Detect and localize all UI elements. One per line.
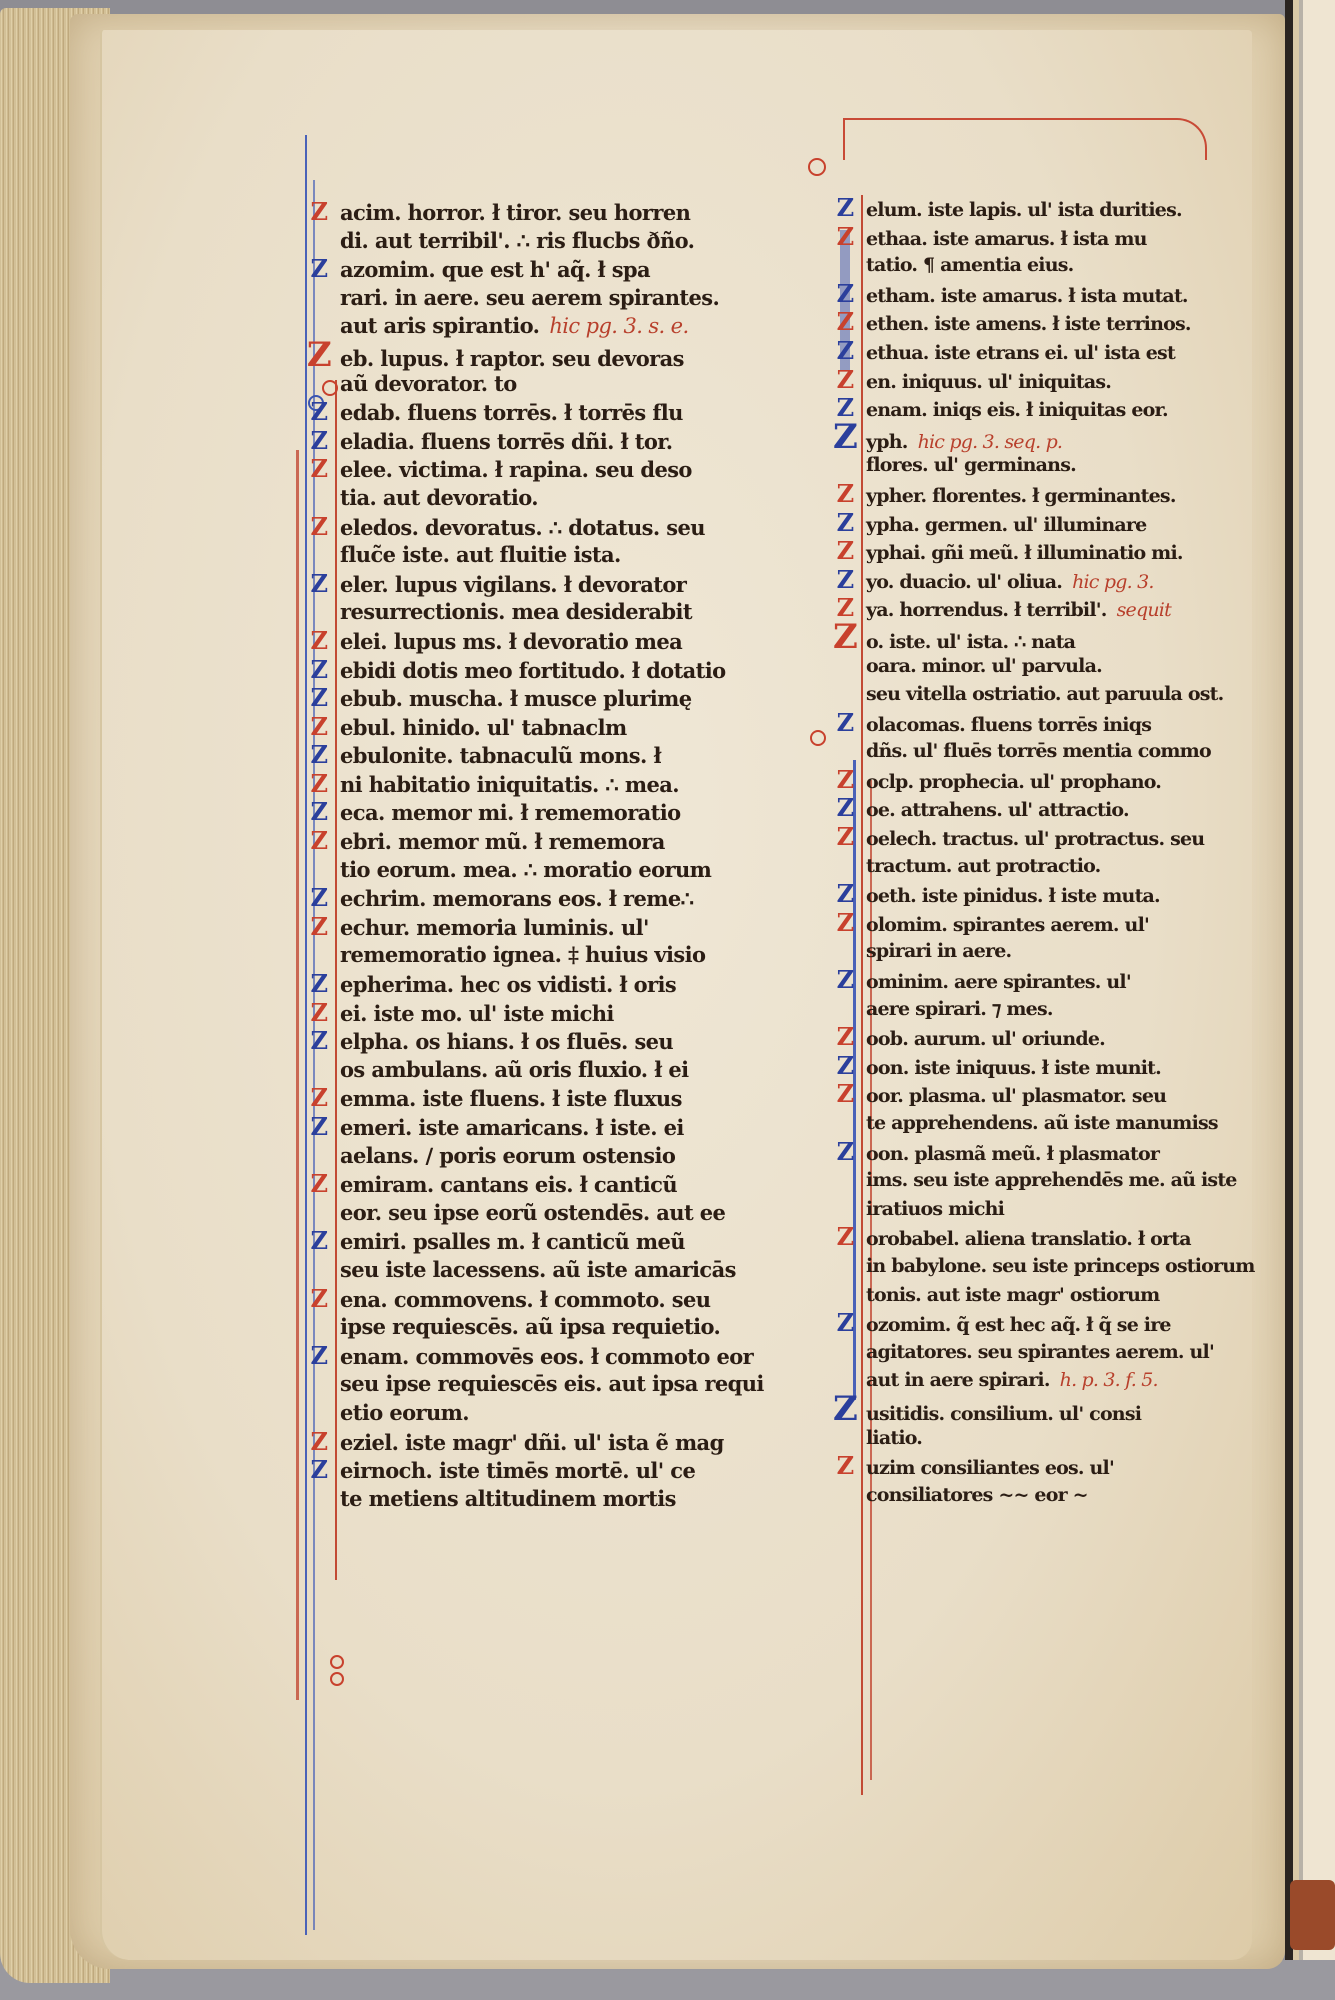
line-text: orobabel. aliena translatio. ł orta [866, 1228, 1191, 1250]
initial-letter: Z [832, 280, 858, 309]
line-text: oeth. iste pinidus. ł iste muta. [866, 885, 1160, 907]
initial-letter: Z [832, 823, 858, 852]
text-line: tatio. ¶ amentia eius. [866, 251, 1236, 280]
line-text: spirari in aere. [866, 940, 1011, 962]
initial-letter: Z [306, 255, 332, 284]
initial-letter: Z [306, 427, 332, 456]
text-line: consiliatores ~~ eor ~ [866, 1481, 1236, 1510]
text-line: Zoon. iste iniquus. ł iste munit. [866, 1052, 1236, 1081]
text-line: Zominim. aere spirantes. ul' [866, 966, 1236, 995]
decorated-initial: Z [306, 341, 332, 370]
text-line: Zen. iniquus. ul' iniquitas. [866, 366, 1236, 395]
line-text: eirnoch. iste timēs mortē. ul' ce [340, 1458, 695, 1483]
initial-letter: Z [306, 1027, 332, 1056]
initial-letter: Z [306, 1456, 332, 1485]
line-text: oclp. prophecia. ul' prophano. [866, 771, 1161, 793]
initial-letter: Z [306, 684, 332, 713]
binding-strap [1290, 1880, 1335, 1950]
line-text: tonis. aut iste magr' ostiorum [866, 1284, 1159, 1306]
line-text: tia. aut devoratio. [340, 485, 538, 510]
line-text: iratiuos michi [866, 1198, 1004, 1220]
text-line: liatio. [866, 1424, 1236, 1453]
initial-letter: Z [832, 1052, 858, 1081]
text-line: Zolomim. spirantes aerem. ul' [866, 909, 1236, 938]
text-line: Zeirnoch. iste timēs mortē. ul' ce [340, 1456, 810, 1485]
line-text: emeri. iste amaricans. ł iste. ei [340, 1115, 684, 1140]
text-line: spirari in aere. [866, 937, 1236, 966]
line-text: seu vitella ostriatio. aut paruula ost. [866, 683, 1223, 705]
text-line: iratiuos michi [866, 1195, 1236, 1224]
line-text: resurrectionis. mea desiderabit [340, 599, 692, 624]
line-text: echrim. memorans eos. ł reme∴ [340, 886, 693, 911]
text-line: etio eorum. [340, 1399, 810, 1428]
initial-letter: Z [306, 656, 332, 685]
initial-letter: Z [306, 513, 332, 542]
text-line: Zethua. iste etrans ei. ul' ista est [866, 337, 1236, 366]
line-text: oon. plasmã meũ. ł plasmator [866, 1143, 1159, 1165]
text-line: rari. in aere. seu aerem spirantes. [340, 284, 810, 313]
text-line: Zenam. iniqs eis. ł iniquitas eor. [866, 394, 1236, 423]
line-text: olomim. spirantes aerem. ul' [866, 914, 1149, 936]
line-text: elee. victima. ł rapina. seu deso [340, 457, 692, 482]
line-text: tatio. ¶ amentia eius. [866, 254, 1073, 276]
penwork-circle-flourish [810, 730, 826, 746]
text-line: seu ipse requiescēs eis. aut ipsa requi [340, 1370, 810, 1399]
line-text: oelech. tractus. ul' protractus. seu [866, 828, 1204, 850]
initial-letter: Z [832, 480, 858, 509]
line-text: di. aut terribil'. ∴ ris flucbs ðño. [340, 228, 694, 253]
text-line: eor. seu ipse eorũ ostendēs. aut ee [340, 1199, 810, 1228]
line-text: ozomim. q̃ est hec aq̃. ł q̃ se ire [866, 1314, 1171, 1336]
text-line: aut in aere spirari.h. p. 3. f. 5. [866, 1366, 1236, 1395]
initial-letter: Z [306, 1084, 332, 1113]
text-line: Zoe. attrahens. ul' attractio. [866, 794, 1236, 823]
line-text: elei. lupus ms. ł devoratio mea [340, 629, 682, 654]
line-text: eladia. fluens torrēs dñi. ł tor. [340, 429, 673, 454]
line-text: ipse requiescēs. aũ ipsa requietio. [340, 1314, 720, 1339]
initial-letter: Z [832, 223, 858, 252]
initial-letter: Z [306, 398, 332, 427]
text-line: seu vitella ostriatio. aut paruula ost. [866, 680, 1236, 709]
line-text: eca. memor mi. ł rememoratio [340, 800, 681, 825]
line-text: agitatores. seu spirantes aerem. ul' [866, 1341, 1214, 1363]
line-text: ebri. memor mũ. ł rememora [340, 829, 665, 854]
rubric-note: h. p. 3. f. 5. [1060, 1369, 1158, 1391]
initial-letter: Z [306, 1227, 332, 1256]
line-text: ya. horrendus. ł terribil'. [866, 599, 1107, 621]
line-text: yphai. gñi meũ. ł illuminatio mi. [866, 542, 1183, 564]
penwork-circle-flourish [808, 158, 826, 176]
line-text: etio eorum. [340, 1400, 469, 1425]
decorated-initial: Z [832, 623, 858, 652]
text-line: Zebri. memor mũ. ł rememora [340, 827, 810, 856]
text-line: tia. aut devoratio. [340, 484, 810, 513]
text-line: rememoratio ignea. ‡ huius visio [340, 941, 810, 970]
text-line: Zedab. fluens torrēs. ł torrēs flu [340, 398, 810, 427]
text-line: Zeladia. fluens torrēs dñi. ł tor. [340, 427, 810, 456]
initial-letter: Z [832, 1309, 858, 1338]
line-text: oara. minor. ul' parvula. [866, 655, 1102, 677]
line-text: oon. iste iniquus. ł iste munit. [866, 1057, 1161, 1079]
text-line: Zypher. florentes. ł germinantes. [866, 480, 1236, 509]
rubric-note: hic pg. 3. seq. p. [918, 431, 1063, 453]
line-text: tio eorum. mea. ∴ moratio eorum [340, 857, 711, 882]
text-line: Zusitidis. consilium. ul' consi [866, 1395, 1236, 1424]
text-line: Zepherima. hec os vidisti. ł oris [340, 970, 810, 999]
line-text: aut in aere spirari. [866, 1369, 1050, 1391]
line-text: ebulonite. tabnaculũ mons. ł [340, 743, 661, 768]
text-line: Zebidi dotis meo fortitudo. ł dotatio [340, 656, 810, 685]
initial-letter: Z [832, 1138, 858, 1167]
text-line: Zuzim consiliantes eos. ul' [866, 1452, 1236, 1481]
initial-letter: Z [832, 966, 858, 995]
initial-letter: Z [832, 1452, 858, 1481]
text-line: Zeler. lupus vigilans. ł devorator [340, 570, 810, 599]
text-line: resurrectionis. mea desiderabit [340, 598, 810, 627]
initial-letter: Z [832, 308, 858, 337]
text-line: Zemiri. psalles m. ł canticũ meũ [340, 1227, 810, 1256]
line-text: eor. seu ipse eorũ ostendēs. aut ee [340, 1200, 725, 1225]
line-text: aũ devorator. to [340, 371, 517, 396]
initial-letter: Z [832, 566, 858, 595]
line-text: azomim. que est h' aq̃. ł spa [340, 257, 650, 282]
line-text: enam. iniqs eis. ł iniquitas eor. [866, 399, 1168, 421]
red-flourish-bracket [843, 118, 1207, 160]
line-text: yo. duacio. ul' oliua. [866, 571, 1062, 593]
text-line: di. aut terribil'. ∴ ris flucbs ðño. [340, 227, 810, 256]
text-line: Zyph.hic pg. 3. seq. p. [866, 423, 1236, 452]
rubric-note: hic pg. 3. [1072, 571, 1154, 593]
line-text: oob. aurum. ul' oriunde. [866, 1028, 1105, 1050]
text-line: Zei. iste mo. ul' iste michi [340, 999, 810, 1028]
text-line: Zebul. hinido. ul' tabnaclm [340, 713, 810, 742]
initial-letter: Z [306, 1285, 332, 1314]
text-line: tractum. aut protractio. [866, 852, 1236, 881]
text-line: Zazomim. que est h' aq̃. ł spa [340, 255, 810, 284]
initial-letter: Z [306, 1428, 332, 1457]
text-line: Zebub. muscha. ł musce plurimę [340, 684, 810, 713]
line-text: etham. iste amarus. ł ista mutat. [866, 285, 1188, 307]
text-line: flores. ul' germinans. [866, 451, 1236, 480]
text-line: Zypha. germen. ul' illuminare [866, 509, 1236, 538]
red-penwork-rule [335, 380, 337, 1580]
initial-letter: Z [832, 909, 858, 938]
right-text-column: Zelum. iste lapis. ul' ista durities.Zet… [866, 194, 1236, 1509]
text-line: Zoclp. prophecia. ul' prophano. [866, 766, 1236, 795]
text-line: agitatores. seu spirantes aerem. ul' [866, 1338, 1236, 1367]
text-line: Zacim. horror. ł tiror. seu horren [340, 198, 810, 227]
line-text: epherima. hec os vidisti. ł oris [340, 972, 676, 997]
text-line: Zethen. iste amens. ł iste terrinos. [866, 308, 1236, 337]
initial-letter: Z [306, 770, 332, 799]
text-line: ims. seu iste apprehendēs me. aũ iste [866, 1166, 1236, 1195]
text-line: te metiens altitudinem mortis [340, 1485, 810, 1514]
initial-letter: Z [832, 537, 858, 566]
line-text: acim. horror. ł tiror. seu horren [340, 200, 690, 225]
penwork-circle-flourish [330, 1655, 344, 1669]
line-text: aelans. ∕ poris eorum ostensio [340, 1143, 675, 1168]
line-text: eler. lupus vigilans. ł devorator [340, 572, 686, 597]
text-line: Zo. iste. ul' ista. ∴ nata [866, 623, 1236, 652]
text-line: Zelpha. os hians. ł os fluēs. seu [340, 1027, 810, 1056]
line-text: ethen. iste amens. ł iste terrinos. [866, 313, 1191, 335]
line-text: in babylone. seu iste princeps ostiorum [866, 1255, 1255, 1277]
penwork-circle-flourish [330, 1672, 344, 1686]
red-penwork-rule [296, 450, 299, 1700]
line-text: ebidi dotis meo fortitudo. ł dotatio [340, 658, 726, 683]
line-text: en. iniquus. ul' iniquitas. [866, 371, 1111, 393]
line-text: edab. fluens torrēs. ł torrēs flu [340, 400, 683, 425]
text-line: Zemeri. iste amaricans. ł iste. ei [340, 1113, 810, 1142]
text-line: Zeca. memor mi. ł rememoratio [340, 798, 810, 827]
text-line: Zoob. aurum. ul' oriunde. [866, 1023, 1236, 1052]
text-line: Zoon. plasmã meũ. ł plasmator [866, 1138, 1236, 1167]
line-text: eb. lupus. ł raptor. seu devoras [340, 346, 684, 371]
initial-letter: Z [306, 1113, 332, 1142]
text-line: Zeziel. iste magr' dñi. ul' ista ẽ mag [340, 1428, 810, 1457]
text-line: Zni habitatio iniquitatis. ∴ mea. [340, 770, 810, 799]
text-line: Zethaa. iste amarus. ł ista mu [866, 223, 1236, 252]
text-line: Zolacomas. fluens torrēs iniqs [866, 709, 1236, 738]
line-text: ebul. hinido. ul' tabnaclm [340, 715, 627, 740]
initial-letter: Z [832, 709, 858, 738]
text-line: Zenam. commovēs eos. ł commoto eor [340, 1342, 810, 1371]
initial-letter: Z [306, 627, 332, 656]
text-line: in babylone. seu iste princeps ostiorum [866, 1252, 1236, 1281]
text-line: oara. minor. ul' parvula. [866, 652, 1236, 681]
penwork-circle-flourish [322, 380, 338, 396]
facing-leaf-edge [1285, 0, 1335, 1960]
initial-letter: Z [306, 198, 332, 227]
initial-letter: Z [306, 999, 332, 1028]
text-line: Zena. commovens. ł commoto. seu [340, 1285, 810, 1314]
line-text: ypha. germen. ul' illuminare [866, 514, 1146, 536]
initial-letter: Z [832, 509, 858, 538]
initial-letter: Z [306, 455, 332, 484]
line-text: oe. attrahens. ul' attractio. [866, 799, 1129, 821]
line-text: yph. [866, 431, 908, 453]
initial-letter: Z [306, 713, 332, 742]
line-text: flores. ul' germinans. [866, 454, 1076, 476]
left-text-column: Zacim. horror. ł tiror. seu horrendi. au… [340, 198, 810, 1513]
line-text: liatio. [866, 1427, 922, 1449]
text-line: Zemma. iste fluens. ł iste fluxus [340, 1084, 810, 1113]
text-line: tio eorum. mea. ∴ moratio eorum [340, 856, 810, 885]
text-line: Zoelech. tractus. ul' protractus. seu [866, 823, 1236, 852]
text-line: Zemiram. cantans eis. ł canticũ [340, 1170, 810, 1199]
line-text: consiliatores ~~ eor ~ [866, 1484, 1088, 1506]
decorated-initial: Z [832, 423, 858, 452]
text-line: Zeledos. devoratus. ∴ dotatus. seu [340, 513, 810, 542]
text-line: Zechrim. memorans eos. ł reme∴ [340, 884, 810, 913]
line-text: echur. memoria luminis. ul' [340, 915, 649, 940]
text-line: Zoeth. iste pinidus. ł iste muta. [866, 880, 1236, 909]
text-line: dñs. ul' fluēs torrēs mentia commo [866, 737, 1236, 766]
text-line: Zyo. duacio. ul' oliua.hic pg. 3. [866, 566, 1236, 595]
line-text: tractum. aut protractio. [866, 855, 1101, 877]
line-text: ethaa. iste amarus. ł ista mu [866, 228, 1147, 250]
line-text: uzim consiliantes eos. ul' [866, 1457, 1114, 1479]
initial-letter: Z [306, 798, 332, 827]
text-line: seu iste lacessens. aũ iste amaricās [340, 1256, 810, 1285]
line-text: fluc̃e iste. aut fluitie ista. [340, 542, 621, 567]
line-text: o. iste. ul' ista. ∴ nata [866, 631, 1075, 653]
text-line: Zelei. lupus ms. ł devoratio mea [340, 627, 810, 656]
line-text: oor. plasma. ul' plasmator. seu [866, 1085, 1166, 1107]
line-text: usitidis. consilium. ul' consi [866, 1403, 1141, 1425]
initial-letter: Z [306, 1170, 332, 1199]
line-text: emiram. cantans eis. ł canticũ [340, 1172, 677, 1197]
line-text: ominim. aere spirantes. ul' [866, 971, 1131, 993]
text-line: aut aris spirantio.hic pg. 3. s. e. [340, 312, 810, 341]
initial-letter: Z [306, 913, 332, 942]
text-line: Zechur. memoria luminis. ul' [340, 913, 810, 942]
line-text: emiri. psalles m. ł canticũ meũ [340, 1229, 685, 1254]
text-line: Zebulonite. tabnaculũ mons. ł [340, 741, 810, 770]
text-line: aũ devorator. to [340, 370, 810, 399]
initial-letter: Z [306, 970, 332, 999]
initial-letter: Z [306, 570, 332, 599]
initial-letter: Z [832, 1223, 858, 1252]
initial-letter: Z [306, 741, 332, 770]
line-text: elpha. os hians. ł os fluēs. seu [340, 1029, 673, 1054]
text-line: aere spirari. ⁊ mes. [866, 995, 1236, 1024]
line-text: eziel. iste magr' dñi. ul' ista ẽ mag [340, 1430, 724, 1455]
text-line: Zeb. lupus. ł raptor. seu devoras [340, 341, 810, 370]
line-text: elum. iste lapis. ul' ista durities. [866, 199, 1182, 221]
initial-letter: Z [832, 766, 858, 795]
text-line: Zelum. iste lapis. ul' ista durities. [866, 194, 1236, 223]
initial-letter: Z [306, 1342, 332, 1371]
line-text: aut aris spirantio. [340, 313, 539, 338]
initial-letter: Z [832, 794, 858, 823]
line-text: os ambulans. aũ oris fluxio. ł ei [340, 1057, 689, 1082]
initial-letter: Z [832, 1023, 858, 1052]
rubric-note: sequit [1117, 599, 1171, 621]
text-line: Zoor. plasma. ul' plasmator. seu [866, 1080, 1236, 1109]
text-line: Zya. horrendus. ł terribil'.sequit [866, 594, 1236, 623]
line-text: ni habitatio iniquitatis. ∴ mea. [340, 772, 679, 797]
initial-letter: Z [832, 1080, 858, 1109]
decorated-initial: Z [832, 1395, 858, 1424]
line-text: eledos. devoratus. ∴ dotatus. seu [340, 515, 705, 540]
line-text: te apprehendens. aũ iste manumiss [866, 1112, 1218, 1134]
initial-letter: Z [832, 366, 858, 395]
line-text: emma. iste fluens. ł iste fluxus [340, 1086, 682, 1111]
line-text: ena. commovens. ł commoto. seu [340, 1287, 710, 1312]
initial-letter: Z [306, 827, 332, 856]
line-text: rememoratio ignea. ‡ huius visio [340, 942, 705, 967]
initial-letter: Z [832, 194, 858, 223]
line-text: aere spirari. ⁊ mes. [866, 998, 1053, 1020]
line-text: seu iste lacessens. aũ iste amaricās [340, 1257, 736, 1282]
text-line: fluc̃e iste. aut fluitie ista. [340, 541, 810, 570]
line-text: seu ipse requiescēs eis. aut ipsa requi [340, 1371, 764, 1396]
line-text: olacomas. fluens torrēs iniqs [866, 714, 1151, 736]
line-text: ethua. iste etrans ei. ul' ista est [866, 342, 1175, 364]
line-text: ypher. florentes. ł germinantes. [866, 485, 1176, 507]
line-text: ims. seu iste apprehendēs me. aũ iste [866, 1169, 1237, 1191]
line-text: ei. iste mo. ul' iste michi [340, 1001, 614, 1026]
text-line: tonis. aut iste magr' ostiorum [866, 1281, 1236, 1310]
line-text: dñs. ul' fluēs torrēs mentia commo [866, 740, 1211, 762]
text-line: Zelee. victima. ł rapina. seu deso [340, 455, 810, 484]
text-line: Zozomim. q̃ est hec aq̃. ł q̃ se ire [866, 1309, 1236, 1338]
rubric-note: hic pg. 3. s. e. [549, 314, 688, 338]
line-text: te metiens altitudinem mortis [340, 1486, 676, 1511]
line-text: enam. commovēs eos. ł commoto eor [340, 1344, 753, 1369]
line-text: ebub. muscha. ł musce plurimę [340, 686, 692, 711]
red-penwork-rule [861, 195, 863, 1795]
text-line: os ambulans. aũ oris fluxio. ł ei [340, 1056, 810, 1085]
text-line: te apprehendens. aũ iste manumiss [866, 1109, 1236, 1138]
text-line: Zyphai. gñi meũ. ł illuminatio mi. [866, 537, 1236, 566]
initial-letter: Z [832, 880, 858, 909]
text-line: Zorobabel. aliena translatio. ł orta [866, 1223, 1236, 1252]
line-text: rari. in aere. seu aerem spirantes. [340, 285, 719, 310]
text-line: ipse requiescēs. aũ ipsa requietio. [340, 1313, 810, 1342]
initial-letter: Z [832, 337, 858, 366]
text-line: aelans. ∕ poris eorum ostensio [340, 1142, 810, 1171]
initial-letter: Z [306, 884, 332, 913]
text-line: Zetham. iste amarus. ł ista mutat. [866, 280, 1236, 309]
